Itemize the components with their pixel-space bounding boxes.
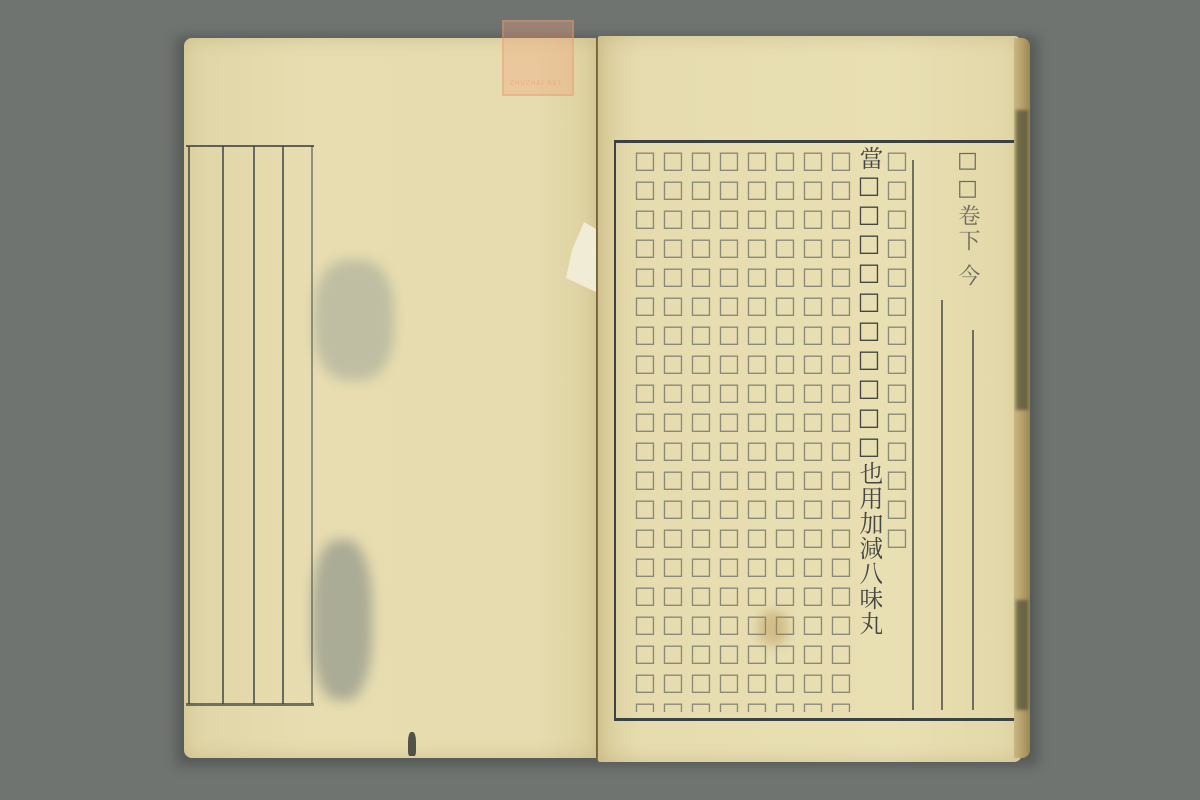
- text-column: □□□□□□□□□□□□□□: [884, 146, 910, 712]
- text-column: □□□□□□□□□□□□□□□□□□□□: [716, 146, 742, 712]
- left-frame-rule: [253, 146, 255, 704]
- column-rule: [941, 300, 943, 710]
- column-rule: [972, 330, 974, 710]
- edge-ink-smudge: [1016, 600, 1028, 710]
- text-column: 當□□□□□□□□□□也用加減八味丸: [856, 146, 882, 712]
- ink-offset: [312, 540, 372, 700]
- edge-ink-smudge: [1016, 110, 1028, 410]
- binding-mark: [408, 732, 416, 756]
- left-page-frame-bottom: [186, 703, 314, 706]
- text-column: □□□□□□□□□□□□□□□□□□□□: [632, 146, 658, 712]
- left-page-frame-top: [186, 145, 314, 147]
- paper-stain: [758, 610, 788, 646]
- left-frame-rule: [188, 146, 190, 704]
- text-column: □□□□□□□□□□□□□□□□□□□□: [828, 146, 854, 712]
- text-column: □□□□□□□□□□□□□□□□□□□□: [800, 146, 826, 712]
- ink-offset: [314, 260, 394, 380]
- text-column: □□□□□□□□□□□□□□□□□□□□: [688, 146, 714, 712]
- left-frame-rule: [222, 146, 224, 704]
- text-column: □□□□□□□□□□□□□□□□□□□□: [660, 146, 686, 712]
- left-frame-rule: [282, 146, 284, 704]
- watermark-caption: ZHUZHAI·NET: [496, 80, 576, 87]
- column-rule: [912, 160, 914, 710]
- chapter-header: □□卷下 今: [952, 148, 983, 289]
